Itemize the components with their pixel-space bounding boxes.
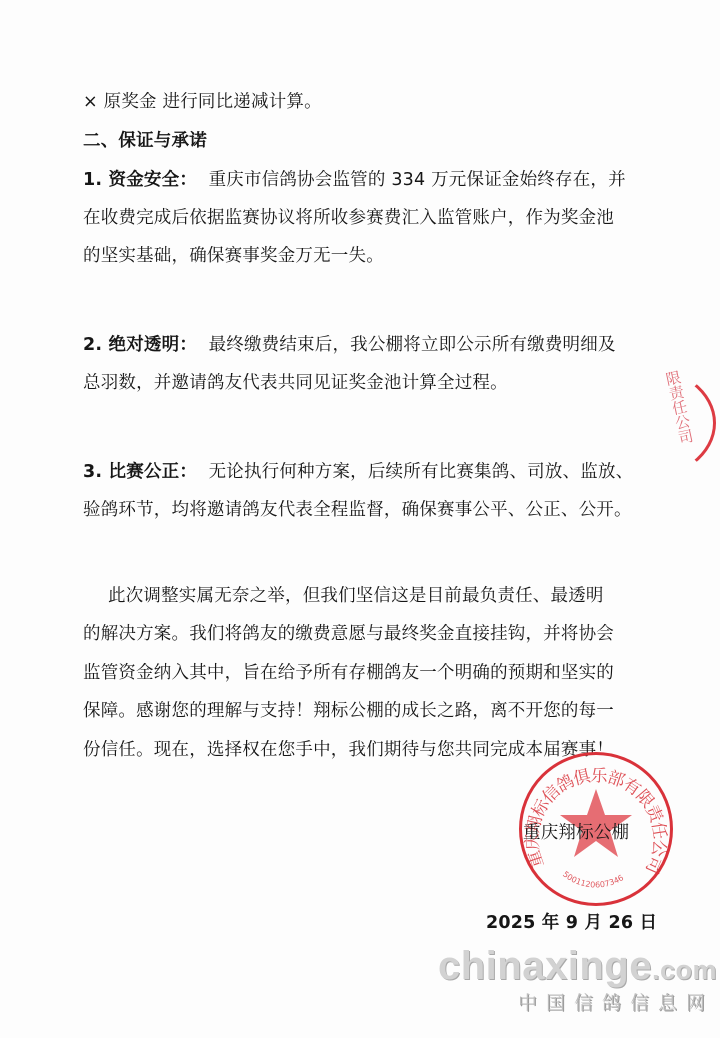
closing-line-2: 的解决方案。我们将鸽友的缴费意愿与最终奖金直接挂钩，并将协会	[83, 620, 614, 645]
closing-line-3: 监管资金纳入其中，旨在给予所有存棚鸽友一个明确的预期和坚实的	[83, 659, 614, 684]
watermark-site-name: 中国信鸽信息网	[518, 988, 714, 1015]
item-1-line-2: 在收费完成后依据监赛协议将所收参赛费汇入监管账户，作为奖金池	[83, 204, 614, 229]
item-1-line-3: 的坚实基础，确保赛事奖金万无一失。	[83, 242, 384, 267]
signature: 重庆翔标公棚	[523, 819, 629, 844]
closing-line-1: 此次调整实属无奈之举，但我们坚信这是目前最负责任、最透明	[108, 582, 604, 607]
item-3-line-2: 验鸽环节，均将邀请鸽友代表全程监督，确保赛事公平、公正、公开。	[83, 496, 632, 521]
item-2-label: 2. 绝对透明：	[83, 335, 197, 355]
item-2-line-2: 总羽数，并邀请鸽友代表共同见证奖金池计算全过程。	[83, 369, 508, 394]
item-3-line-1: 3. 比赛公正： 无论执行何种方案，后续所有比赛集鸽、司放、监放、	[83, 458, 633, 483]
calculation-note: × 原奖金 进行同比递减计算。	[83, 88, 322, 113]
section-heading: 二、保证与承诺	[83, 127, 207, 152]
item-1-line-1: 1. 资金安全： 重庆市信鸽协会监管的 334 万元保证金始终存在，并	[83, 166, 626, 191]
item-1-label: 1. 资金安全：	[83, 170, 197, 190]
item-3-label: 3. 比赛公正：	[83, 462, 197, 482]
date: 2025 年 9 月 26 日	[486, 909, 657, 934]
closing-line-4: 保障。感谢您的理解与支持！翔标公棚的成长之路，离不开您的每一	[83, 697, 614, 722]
watermark-domain: chinaxinge.com	[438, 944, 717, 989]
item-2-line-1: 2. 绝对透明： 最终缴费结束后，我公棚将立即公示所有缴费明细及	[83, 331, 616, 356]
svg-text:5001120607346: 5001120607346	[561, 870, 625, 890]
